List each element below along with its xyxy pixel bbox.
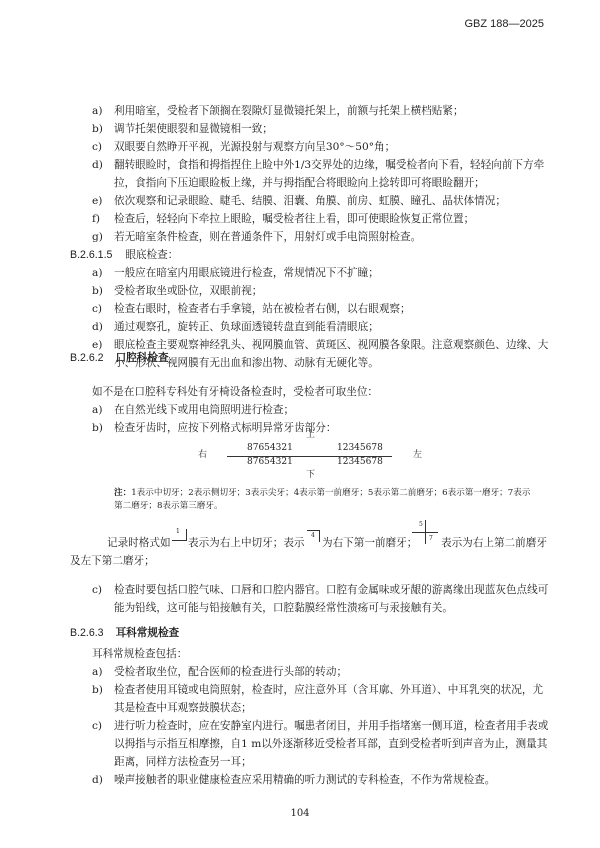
chart-bottom-label: 下 [306,468,315,483]
list-label: d) [92,320,103,335]
list-label: c) [92,140,102,155]
tooth-symbol-line [425,520,426,544]
section-title: 耳科常规检查 [116,627,180,639]
oral-heading-text: B.2.6.2口腔科检查 [70,351,169,366]
list-item: 眼底检查主要观察神经乳头、视网膜血管、黄斑区、视网膜各象限。注意观察颜色、边缘、… [114,338,548,353]
list-label: a) [92,104,102,119]
note-text: 1表示中切牙；2表示侧切牙；3表示尖牙；4表示第一前磨牙；5表示第二前磨牙；6表… [131,488,530,498]
list-label: b) [92,683,103,698]
section-title: 口腔科检查 [116,352,169,364]
list-label: f) [92,212,100,227]
tooth-symbol-line [186,529,187,541]
list-item-cont: 距离，同样方法检查另一耳； [114,755,252,770]
list-item: 在自然光线下或用电筒照明进行检查； [114,403,294,418]
chart-right-label: 右 [198,448,207,463]
record-text-cont: 及左下第二磨牙； [70,554,155,569]
ear-heading: B.2.6.3耳科常规检查 [70,626,179,641]
tooth-symbol-number: 1 [176,528,180,535]
note-label: 注： [114,488,131,498]
list-label: g) [92,230,103,245]
list-item: 噪声接触者的职业健康检查应采用精确的听力测试的专科检查，不作为常规检查。 [114,773,495,788]
section-number: B.2.6.3 [70,627,104,639]
list-item: 利用暗室，受检者下颌搁在裂隙灯显微镜托架上，前额与托架上横档贴紧； [114,104,464,119]
oral-intro: 如不是在口腔科专科处有牙椅设备检查时，受检者可取坐位： [92,385,378,400]
list-item: 翻转眼睑时，食指和拇指捏住上睑中外1/3交界处的边缘，嘱受检者向下看，轻轻向前下… [114,158,544,173]
list-item-cont: 以拇指与示指互相摩擦，自1 m以外逐渐移近受检者耳部，直到受检者听到声音为止，测… [114,737,547,752]
chart-left-label: 左 [413,448,422,463]
list-item: 双眼要自然睁开平视，光源投射与观察方向呈30°～50°角； [114,140,395,155]
list-label: a) [92,266,102,281]
list-item: 一般应在暗室内用眼底镜进行检查，常规情况下不扩瞳； [114,266,379,281]
list-item: 检查时要包括口腔气味、口唇和口腔内器官。口腔有金属味或牙龈的游离缘出现蓝灰色点线… [114,583,548,598]
list-label: b) [92,421,103,436]
fundus-heading: B.2.6.1.5 眼底检查： [70,248,178,263]
list-item: 调节托架使眼裂和显微镜相一致； [114,122,273,137]
list-item-cont: 其是检查中耳观察鼓膜状态； [114,701,252,716]
list-item: 若无暗室条件检查，则在普通条件下，用射灯或手电筒照射检查。 [114,230,421,245]
list-item: 检查后，轻轻向下牵拉上眼睑，嘱受检者往上看，即可使眼睑恢复正常位置； [114,212,474,227]
list-label: a) [92,665,102,680]
list-item-cont: 拉，食指向下压迫眼睑板上缘，并与拇指配合将眼睑向上捻转即可将眼睑翻开； [114,176,485,191]
list-item: 检查者使用耳镜或电筒照射，检查时，应注意外耳（含耳廓、外耳道）、中耳乳突的状况，… [114,683,543,698]
lower-left-teeth: 12345678 [337,455,383,470]
tooth-symbol-line [307,530,319,531]
list-label: c) [92,583,102,598]
list-item-cont: 能为铅线，这可能与铅接触有关，口腔黏膜经常性溃疡可与汞接触有关。 [114,601,453,616]
upper-right-teeth: 87654321 [247,441,293,456]
list-label: b) [92,284,103,299]
section-number: B.2.6.2 [70,352,104,364]
chart-top-label: 上 [306,428,315,443]
tooth-symbol-line [172,540,186,541]
page-number: 104 [0,808,600,819]
tooth-symbol-line [319,530,320,542]
section-title: 眼底检查： [125,249,178,261]
list-label: e) [92,194,102,209]
list-item: 依次观察和记录眼睑、睫毛、结膜、泪囊、角膜、前房、虹膜、瞳孔、晶状体情况； [114,194,506,209]
lower-right-teeth: 87654321 [247,455,293,470]
list-item: 检查牙齿时，应按下列格式标明异常牙齿部分： [114,421,336,436]
list-label: b) [92,122,103,137]
tooth-symbol-number: 4 [311,532,315,539]
tooth-symbol-number: 7 [429,535,433,542]
record-text: 表示为右上中切牙；表示 [188,536,305,551]
list-item: 受检者取坐位，配合医师的检查进行头部的转动； [114,665,347,680]
record-text: 表示为右上第二前磨牙 [441,536,547,551]
ear-intro: 耳科常规检查包括： [92,647,187,662]
list-label: d) [92,158,103,173]
list-label: d) [92,773,103,788]
tooth-symbol-number: 5 [419,521,423,528]
list-label: c) [92,302,102,317]
record-text: 为右下第一前磨牙； [322,536,417,551]
list-item: 检查右眼时，检查者右手拿镜，站在被检者右侧，以右眼观察； [114,302,411,317]
section-number: B.2.6.1.5 [70,249,112,261]
record-text: 记录时格式如 [107,536,171,551]
list-item: 通过观察孔，旋转正、负球面透镜转盘直到能看清眼底； [114,320,379,335]
list-label: c) [92,719,102,734]
list-label: a) [92,403,102,418]
list-item: 进行听力检查时，应在安静室内进行。嘱患者闭目，并用手指堵塞一侧耳道，检查者用手表… [114,719,548,734]
standard-code: GBZ 188—2025 [465,18,545,30]
note-text-cont: 第二磨牙；8表示第三磨牙。 [114,500,223,513]
upper-left-teeth: 12345678 [337,441,383,456]
list-item: 受检者取坐或卧位，双眼前视； [114,284,262,299]
